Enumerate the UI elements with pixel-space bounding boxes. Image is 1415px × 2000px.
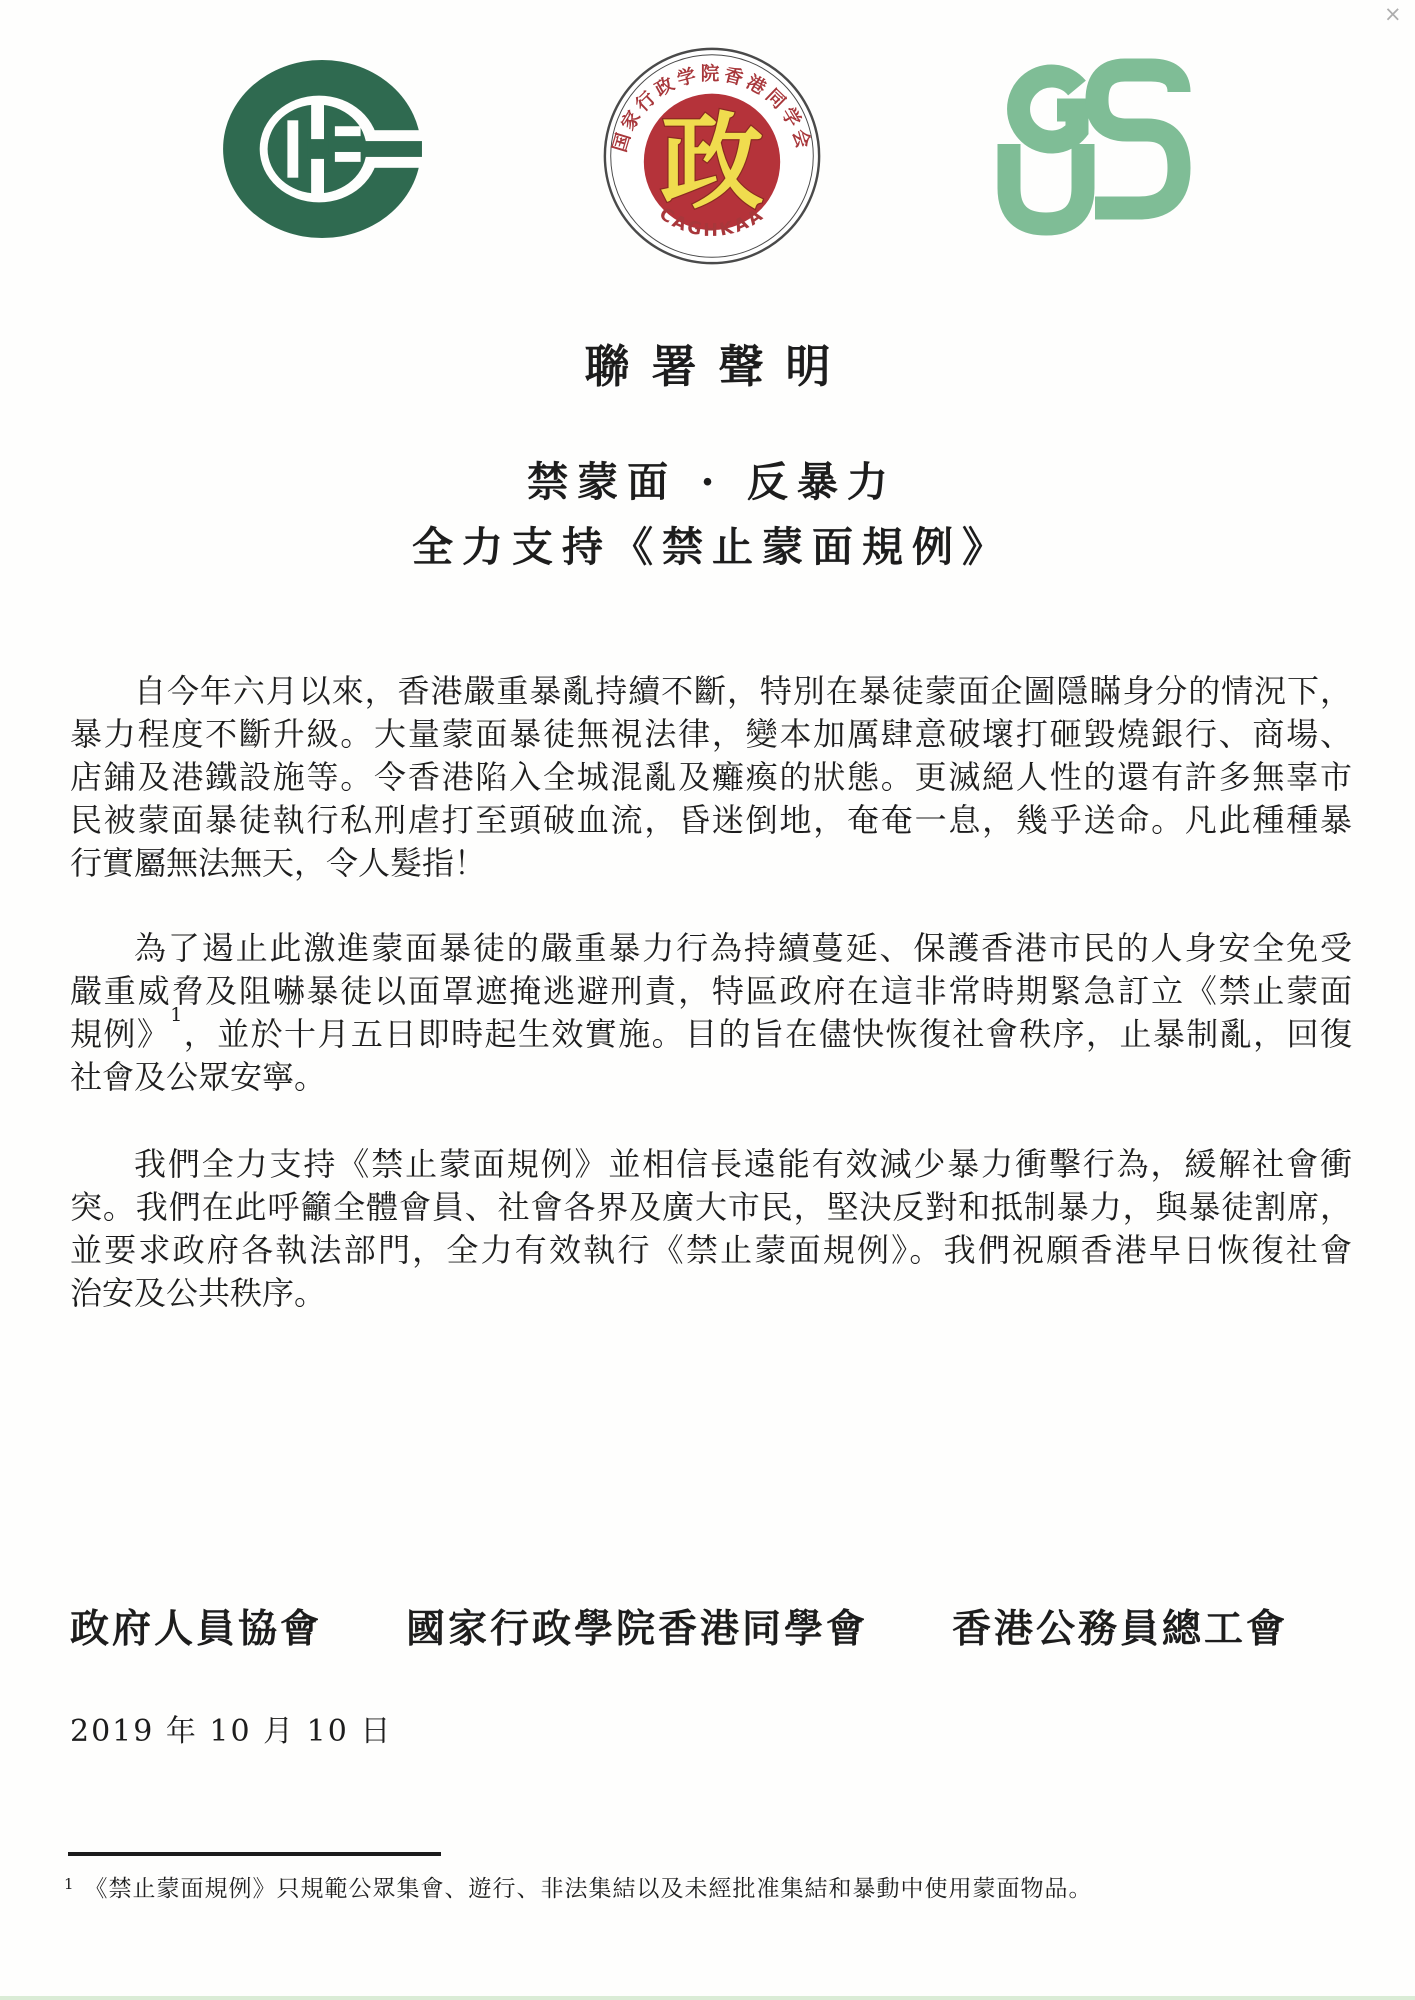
- body-line: 我們全力支持《禁止蒙面規例》並相信長遠能有效減少暴力衝擊行為，緩解社會衝: [70, 1143, 1352, 1186]
- scan-corner-artifact: ×: [1384, 2, 1402, 26]
- gpa-emblem-logo: [219, 55, 429, 243]
- subtitle-line2: 全力支持《禁止蒙面規例》: [0, 514, 1415, 573]
- scanned-statement-page: 国家行政学院香港同学会 CAGHKAA 政 聯署聲明 禁蒙面 · 反暴力 全力支…: [0, 0, 1415, 2000]
- signatories-row: 政府人員協會 國家行政學院香港同學會 香港公務員總工會: [70, 1598, 1320, 1654]
- date-line: 2019 年 10 月 10 日: [70, 1706, 392, 1750]
- body-line: 行實屬無法無天，令人髮指！: [70, 842, 1352, 885]
- page-title: 聯署聲明: [0, 330, 1415, 395]
- body-line: 治安及公共秩序。: [70, 1272, 1352, 1315]
- body-line: 自今年六月以來，香港嚴重暴亂持續不斷，特別在暴徒蒙面企圖隱瞞身分的情況下，: [70, 670, 1352, 713]
- body-line: 並要求政府各執法部門，全力有效執行《禁止蒙面規例》。我們祝願香港早日恢復社會: [70, 1229, 1352, 1272]
- footnote-reference: 1: [170, 1004, 182, 1026]
- footnote: 1《禁止蒙面規例》只規範公眾集會、遊行、非法集結以及未經批准集結和暴動中使用蒙面…: [64, 1874, 1354, 1907]
- signatory-hkcsgu: 香港公務員總工會: [952, 1598, 1288, 1654]
- body-text: 規例》: [70, 1015, 170, 1053]
- scan-bottom-edge: [0, 1996, 1415, 2000]
- paragraph-2: 為了遏止此激進蒙面暴徒的嚴重暴力行為持續蔓延、保護香港市民的人身安全免受 嚴重威…: [70, 927, 1352, 1099]
- paragraph-1: 自今年六月以來，香港嚴重暴亂持續不斷，特別在暴徒蒙面企圖隱瞞身分的情況下， 暴力…: [70, 670, 1352, 885]
- body-line: 民被蒙面暴徒執行私刑虐打至頭破血流，昏迷倒地，奄奄一息，幾乎送命。凡此種種暴: [70, 799, 1352, 842]
- body-line: 社會及公眾安寧。: [70, 1056, 1352, 1099]
- caghkaa-seal-icon: 国家行政学院香港同学会 CAGHKAA 政: [594, 44, 830, 268]
- body-line: 店鋪及港鐵設施等。令香港陷入全城混亂及癱瘓的狀態。更滅絕人性的還有許多無辜市: [70, 756, 1352, 799]
- gus-monogram-logo: [985, 52, 1200, 247]
- signatory-caghkaa: 國家行政學院香港同學會: [406, 1598, 868, 1654]
- seal-center-character: 政: [660, 102, 763, 223]
- gus-monogram-icon: [985, 52, 1200, 247]
- body-line: 嚴重威脅及阻嚇暴徒以面罩遮掩逃避刑責，特區政府在這非常時期緊急訂立《禁止蒙面: [70, 970, 1352, 1013]
- subtitle-line1: 禁蒙面 · 反暴力: [0, 449, 1415, 508]
- footnote-text: 《禁止蒙面規例》只規範公眾集會、遊行、非法集結以及未經批准集結和暴動中使用蒙面物…: [85, 1876, 1093, 1902]
- body-text: ，並於十月五日即時起生效實施。目的旨在儘快恢復社會秩序，止暴制亂，回復: [182, 1015, 1352, 1053]
- footnote-separator-rule: [68, 1852, 441, 1856]
- signatory-gpa: 政府人員協會: [70, 1598, 322, 1654]
- gpa-emblem-icon: [219, 55, 429, 243]
- body-line: 為了遏止此激進蒙面暴徒的嚴重暴力行為持續蔓延、保護香港市民的人身安全免受: [70, 927, 1352, 970]
- footnote-marker: 1: [64, 1875, 75, 1893]
- body-line: 暴力程度不斷升級。大量蒙面暴徒無視法律，變本加厲肆意破壞打砸毀燒銀行、商場、: [70, 713, 1352, 756]
- body-line: 突。我們在此呼籲全體會員、社會各界及廣大市民，堅決反對和抵制暴力，與暴徒割席，: [70, 1186, 1352, 1229]
- paragraph-3: 我們全力支持《禁止蒙面規例》並相信長遠能有效減少暴力衝擊行為，緩解社會衝 突。我…: [70, 1143, 1352, 1315]
- caghkaa-seal-logo: 国家行政学院香港同学会 CAGHKAA 政: [594, 44, 830, 268]
- body-line: 規例》1，並於十月五日即時起生效實施。目的旨在儘快恢復社會秩序，止暴制亂，回復: [70, 1013, 1352, 1056]
